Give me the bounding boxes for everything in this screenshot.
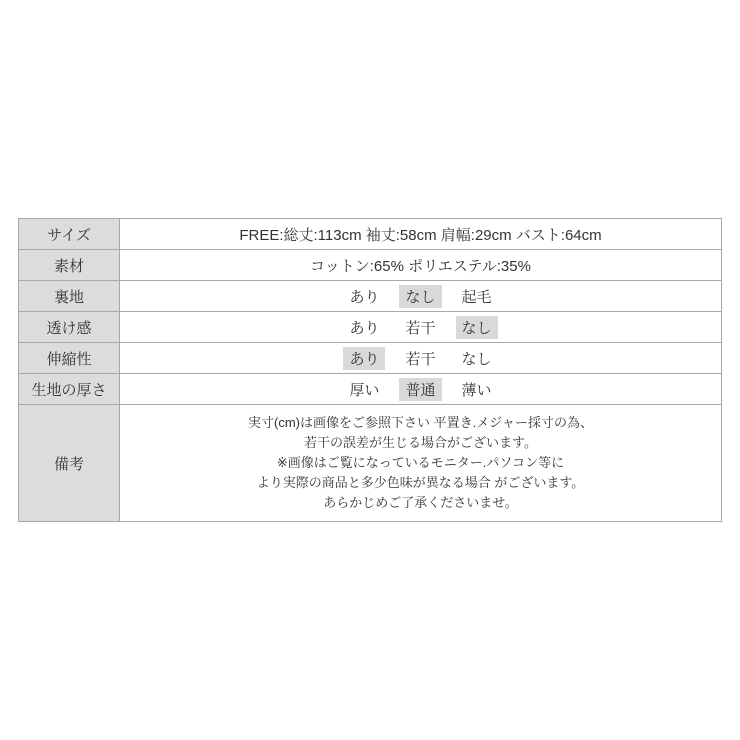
stretch-option-nashi: なし <box>456 347 498 370</box>
lining-option-kimo: 起毛 <box>456 285 498 308</box>
spec-row-material: 素材 コットン:65% ポリエステル:35% <box>19 250 722 281</box>
spec-label-size: サイズ <box>19 219 120 250</box>
spec-value-stretch: あり若干なし <box>120 343 722 374</box>
notes-line-2: 若干の誤差が生じる場合がございます。 <box>128 433 713 453</box>
lining-option-ari: あり <box>343 285 385 308</box>
spec-row-lining: 裏地 ありなし起毛 <box>19 281 722 312</box>
sheerness-option-jakkan: 若干 <box>399 316 441 339</box>
product-spec-table: サイズ FREE:総丈:113cm 袖丈:58cm 肩幅:29cm バスト:64… <box>18 218 722 522</box>
product-spec-section: サイズ FREE:総丈:113cm 袖丈:58cm 肩幅:29cm バスト:64… <box>18 218 722 522</box>
thickness-option-futsuu: 普通 <box>399 378 441 401</box>
spec-value-size: FREE:総丈:113cm 袖丈:58cm 肩幅:29cm バスト:64cm <box>120 219 722 250</box>
spec-value-notes: 実寸(cm)は画像をご参照下さい 平置き.メジャー採寸の為、 若干の誤差が生じる… <box>120 405 722 522</box>
notes-line-5: あらかじめご了承くださいませ。 <box>128 493 713 513</box>
spec-label-material: 素材 <box>19 250 120 281</box>
spec-value-material: コットン:65% ポリエステル:35% <box>120 250 722 281</box>
spec-row-thickness: 生地の厚さ 厚い普通薄い <box>19 374 722 405</box>
stretch-option-jakkan: 若干 <box>399 347 441 370</box>
sheerness-option-ari: あり <box>343 316 385 339</box>
lining-option-nashi: なし <box>399 285 441 308</box>
sheerness-option-nashi: なし <box>456 316 498 339</box>
thickness-option-atsui: 厚い <box>343 378 385 401</box>
stretch-option-ari: あり <box>343 347 385 370</box>
thickness-option-usui: 薄い <box>456 378 498 401</box>
spec-row-stretch: 伸縮性 あり若干なし <box>19 343 722 374</box>
spec-label-notes: 備考 <box>19 405 120 522</box>
spec-row-size: サイズ FREE:総丈:113cm 袖丈:58cm 肩幅:29cm バスト:64… <box>19 219 722 250</box>
spec-row-sheerness: 透け感 あり若干なし <box>19 312 722 343</box>
spec-label-thickness: 生地の厚さ <box>19 374 120 405</box>
spec-label-sheerness: 透け感 <box>19 312 120 343</box>
notes-line-4: より実際の商品と多少色味が異なる場合 がございます。 <box>128 473 713 493</box>
spec-label-lining: 裏地 <box>19 281 120 312</box>
notes-line-1: 実寸(cm)は画像をご参照下さい 平置き.メジャー採寸の為、 <box>128 413 713 433</box>
spec-label-stretch: 伸縮性 <box>19 343 120 374</box>
spec-value-thickness: 厚い普通薄い <box>120 374 722 405</box>
notes-line-3: ※画像はご覧になっているモニター.パソコン等に <box>128 453 713 473</box>
spec-value-sheerness: あり若干なし <box>120 312 722 343</box>
spec-value-lining: ありなし起毛 <box>120 281 722 312</box>
spec-row-notes: 備考 実寸(cm)は画像をご参照下さい 平置き.メジャー採寸の為、 若干の誤差が… <box>19 405 722 522</box>
